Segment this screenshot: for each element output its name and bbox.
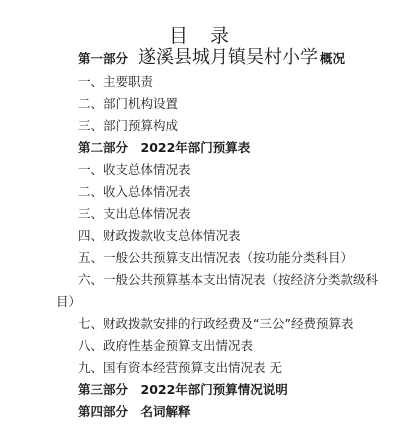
toc-title: 目 录 (0, 24, 406, 48)
toc-item: 一、主要职责 (78, 74, 153, 90)
toc-item: 四、财政拨款收支总体情况表 (78, 228, 241, 244)
part1-school-name: 遂溪县城月镇吴村小学 (138, 47, 318, 68)
document-page: 目 录 第一部分遂溪县城月镇吴村小学概况 一、主要职责 二、部门机构设置 三、部… (0, 0, 406, 424)
toc-item: 一、收支总体情况表 (78, 162, 191, 178)
toc-item: 二、收入总体情况表 (78, 184, 191, 200)
part2-heading: 第二部分 2022年部门预算表 (78, 140, 250, 156)
toc-item: 七、财政拨款安排的行政经费及“三公”经费预算表 (78, 316, 353, 332)
toc-item: 六、一般公共预算基本支出情况表（按经济分类款级科 (78, 272, 378, 288)
toc-item: 三、支出总体情况表 (78, 206, 191, 222)
toc-item: 八、政府性基金预算支出情况表 (78, 338, 253, 354)
part3-heading: 第三部分 2022年部门预算情况说明 (78, 382, 288, 398)
toc-item: 九、国有资本经营预算支出情况表 无 (78, 360, 282, 376)
toc-item: 二、部门机构设置 (78, 96, 178, 112)
part1-suffix: 概况 (320, 51, 345, 66)
toc-item-wrap: 目） (56, 294, 81, 310)
toc-item: 五、一般公共预算支出情况表（按功能分类科目） (78, 250, 353, 266)
toc-item: 三、部门预算构成 (78, 118, 178, 134)
part1-label: 第一部分 (78, 51, 128, 66)
part1-heading: 第一部分遂溪县城月镇吴村小学概况 (78, 50, 345, 67)
part4-heading: 第四部分 名词解释 (78, 404, 191, 420)
